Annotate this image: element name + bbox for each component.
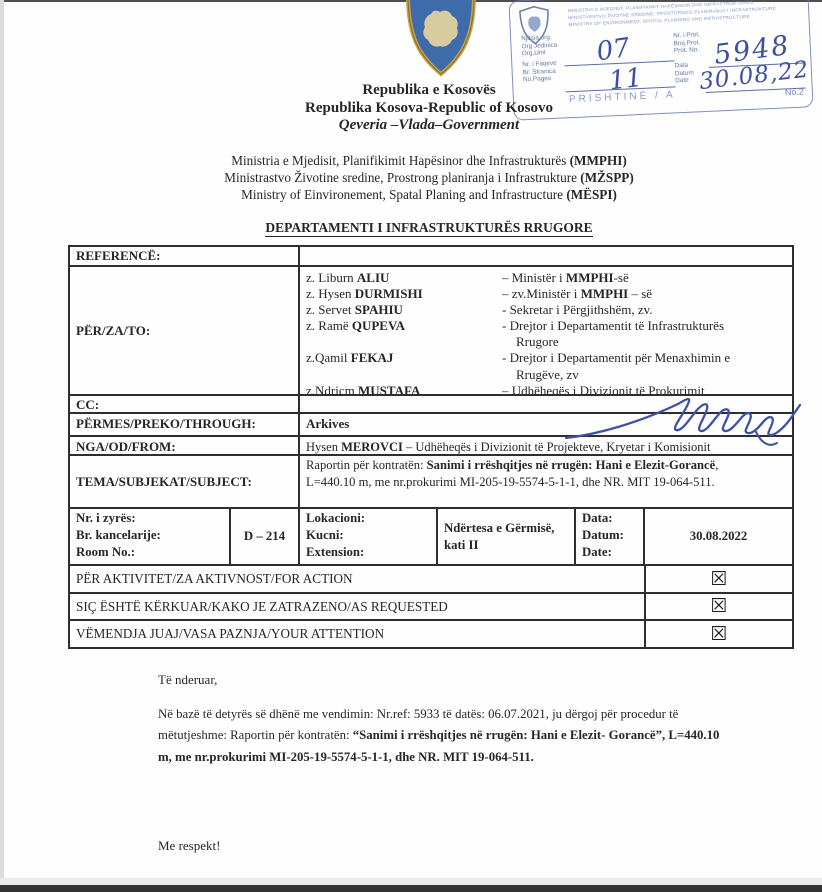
ministry-line-sq: Ministria e Mjedisit, Planifikimit Hapës… xyxy=(68,152,790,169)
date-value: 30.08.2022 xyxy=(643,509,792,564)
location-labels: Lokacioni: Kucni: Extension: xyxy=(298,509,436,564)
table-row-reference: REFERENCË: xyxy=(70,247,792,265)
recipient-role: – Ministër i MMPHI-së xyxy=(502,270,786,286)
stamp-protocol-labels: Nr. i Prot. Broj Prot. Prot. No. xyxy=(673,31,701,55)
office-number-labels: Nr. i zyrës: Br. kancelarije: Room No.: xyxy=(70,509,229,564)
for-action-label: PËR AKTIVITET/ZA AKTIVNOST/FOR ACTION xyxy=(70,566,644,592)
table-row-to: PËR/ZA/TO: z. Liburn ALIU – Ministër i M… xyxy=(70,265,792,394)
body-paragraph: Në bazë të detyrës së dhënë me vendimin:… xyxy=(158,704,724,768)
government-line: Qeveria –Vlada–Government xyxy=(68,117,790,135)
checked-box-icon: ☒ xyxy=(710,570,727,589)
department-title-text: DEPARTAMENTI I INFRASTRUKTURËS RRUGORE xyxy=(265,220,592,237)
subject-label: TEMA/SUBJEKAT/SUBJECT: xyxy=(70,456,298,507)
table-row-your-attention: VËMENDJA JUAJ/VASA PAZNJA/YOUR ATTENTION… xyxy=(70,619,792,647)
ministry-line-sq-abbr: (MMPHI) xyxy=(570,153,627,168)
ministry-line-en-text: Ministry of Einvironement, Spatal Planin… xyxy=(241,187,566,202)
location-value: Ndërtesa e Gërmisë, kati II xyxy=(436,509,574,564)
ministry-line-sr-abbr: (MŽSPP) xyxy=(580,170,633,185)
cc-value xyxy=(298,396,792,412)
for-action-checkbox: ☒ xyxy=(644,566,792,592)
as-requested-label: SIÇ ËSHTË KËRKUAR/KAKO JE ZATRAZENO/AS R… xyxy=(70,594,644,619)
ministry-line-en-abbr: (MËSPI) xyxy=(566,187,617,202)
table-row-cc: CC: xyxy=(70,394,792,412)
republic-name-sq: Republika e Kosovës xyxy=(68,82,790,100)
to-entry: z.Qamil FEKAJ - Drejtor i Departamentit … xyxy=(306,350,786,382)
to-entry: z. Liburn ALIU – Ministër i MMPHI-së xyxy=(306,270,786,286)
scanned-document-page: ★★★★★★ MINISTRIA E MJEDISIT, PLANIFIKIMI… xyxy=(0,0,822,892)
recipient-name: z. Ramë QUPEVA xyxy=(306,318,502,350)
recipient-name: z.Ndriçm MUSTAFA xyxy=(306,383,502,394)
recipient-role: – Udhëheqës i Divizionit të Prokurimit xyxy=(502,383,786,394)
scan-left-edge xyxy=(0,0,4,892)
reference-value xyxy=(298,247,792,265)
ministry-line-sq-text: Ministria e Mjedisit, Planifikimit Hapës… xyxy=(231,153,569,168)
closing-line: Me respekt! xyxy=(158,838,220,854)
to-entry: z. Hysen DURMISHI – zv.Ministër i MMPHI … xyxy=(306,286,786,302)
recipient-role: - Drejtor i Departamentit të Infrastrukt… xyxy=(502,318,786,350)
stamp-org-unit-labels: Njësia org. Org Jedinica Org.Unit xyxy=(521,34,558,58)
to-entry: z. Servet SPAHIU - Sekretar i Përgjithsh… xyxy=(306,302,786,318)
checked-box-icon: ☒ xyxy=(710,625,727,644)
stamp-pages-labels: Nr. i Faqeve Br. Stranica No.Pages xyxy=(522,60,557,84)
recipient-name: z. Liburn ALIU xyxy=(306,270,502,286)
table-row-from: NGA/OD/FROM: Hysen MEROVCI – Udhëheqës i… xyxy=(70,435,792,454)
to-entry: z. Ramë QUPEVA - Drejtor i Departamentit… xyxy=(306,318,786,350)
office-number-value: D – 214 xyxy=(229,509,298,564)
from-label: NGA/OD/FROM: xyxy=(70,437,298,454)
scan-bottom-edge-light xyxy=(0,878,822,885)
table-row-through: PËRMES/PREKO/THROUGH: Arkives xyxy=(70,412,792,435)
recipient-role: - Drejtor i Departamentit për Menaxhimin… xyxy=(502,350,786,382)
date-labels: Data: Datum: Date: xyxy=(574,509,643,564)
salutation: Të nderuar, xyxy=(158,672,217,688)
table-row-office: Nr. i zyrës: Br. kancelarije: Room No.: … xyxy=(70,507,792,564)
recipient-role: – zv.Ministër i MMPHI – së xyxy=(502,286,786,302)
routing-table: REFERENCË: PËR/ZA/TO: z. Liburn ALIU – M… xyxy=(68,245,794,649)
recipient-name: z. Hysen DURMISHI xyxy=(306,286,502,302)
your-attention-checkbox: ☒ xyxy=(644,621,792,647)
ministry-line-sr-text: Ministrastvo Životine sredine, Prostrong… xyxy=(224,170,580,185)
as-requested-checkbox: ☒ xyxy=(644,594,792,619)
to-label: PËR/ZA/TO: xyxy=(70,267,298,394)
department-title: DEPARTAMENTI I INFRASTRUKTURËS RRUGORE xyxy=(68,220,790,236)
recipient-role: - Sekretar i Përgjithshëm, zv. xyxy=(502,302,786,318)
cc-label: CC: xyxy=(70,396,298,412)
checked-box-icon: ☒ xyxy=(710,597,727,616)
table-row-for-action: PËR AKTIVITET/ZA AKTIVNOST/FOR ACTION ☒ xyxy=(70,564,792,592)
ministry-line-sr: Ministrastvo Životine sredine, Prostrong… xyxy=(68,169,790,186)
through-value: Arkives xyxy=(298,414,792,435)
svg-text:★★★★★★: ★★★★★★ xyxy=(420,0,463,2)
subject-value: Raportin për kontratën: Sanimi i rrëshqi… xyxy=(298,456,792,507)
to-recipients: z. Liburn ALIU – Ministër i MMPHI-së z. … xyxy=(298,267,792,394)
table-row-subject: TEMA/SUBJEKAT/SUBJECT: Raportin për kont… xyxy=(70,454,792,507)
stamp-org-unit-label-en: Org.Unit xyxy=(522,49,558,58)
stamp-protocol-label-en: Prot. No. xyxy=(674,46,701,55)
republic-name-en: Republika Kosova-Republic of Kosovo xyxy=(68,100,790,118)
through-label: PËRMES/PREKO/THROUGH: xyxy=(70,414,298,435)
scan-bottom-edge-dark xyxy=(0,885,822,892)
ministry-line-en: Ministry of Einvironement, Spatal Planin… xyxy=(68,186,790,203)
your-attention-label: VËMENDJA JUAJ/VASA PAZNJA/YOUR ATTENTION xyxy=(70,621,644,647)
ministry-heading: Ministria e Mjedisit, Planifikimit Hapës… xyxy=(68,152,790,204)
reference-label: REFERENCË: xyxy=(70,247,298,265)
kosovo-coat-of-arms-icon: ★★★★★★ xyxy=(402,0,480,80)
recipient-name: z. Servet SPAHIU xyxy=(306,302,502,318)
table-row-as-requested: SIÇ ËSHTË KËRKUAR/KAKO JE ZATRAZENO/AS R… xyxy=(70,592,792,619)
recipient-name: z.Qamil FEKAJ xyxy=(306,350,502,382)
republic-heading: Republika e Kosovës Republika Kosova-Rep… xyxy=(68,82,790,135)
to-entry: z.Ndriçm MUSTAFA – Udhëheqës i Divizioni… xyxy=(306,383,786,394)
from-value: Hysen MEROVCI – Udhëheqës i Divizionit t… xyxy=(298,437,792,454)
